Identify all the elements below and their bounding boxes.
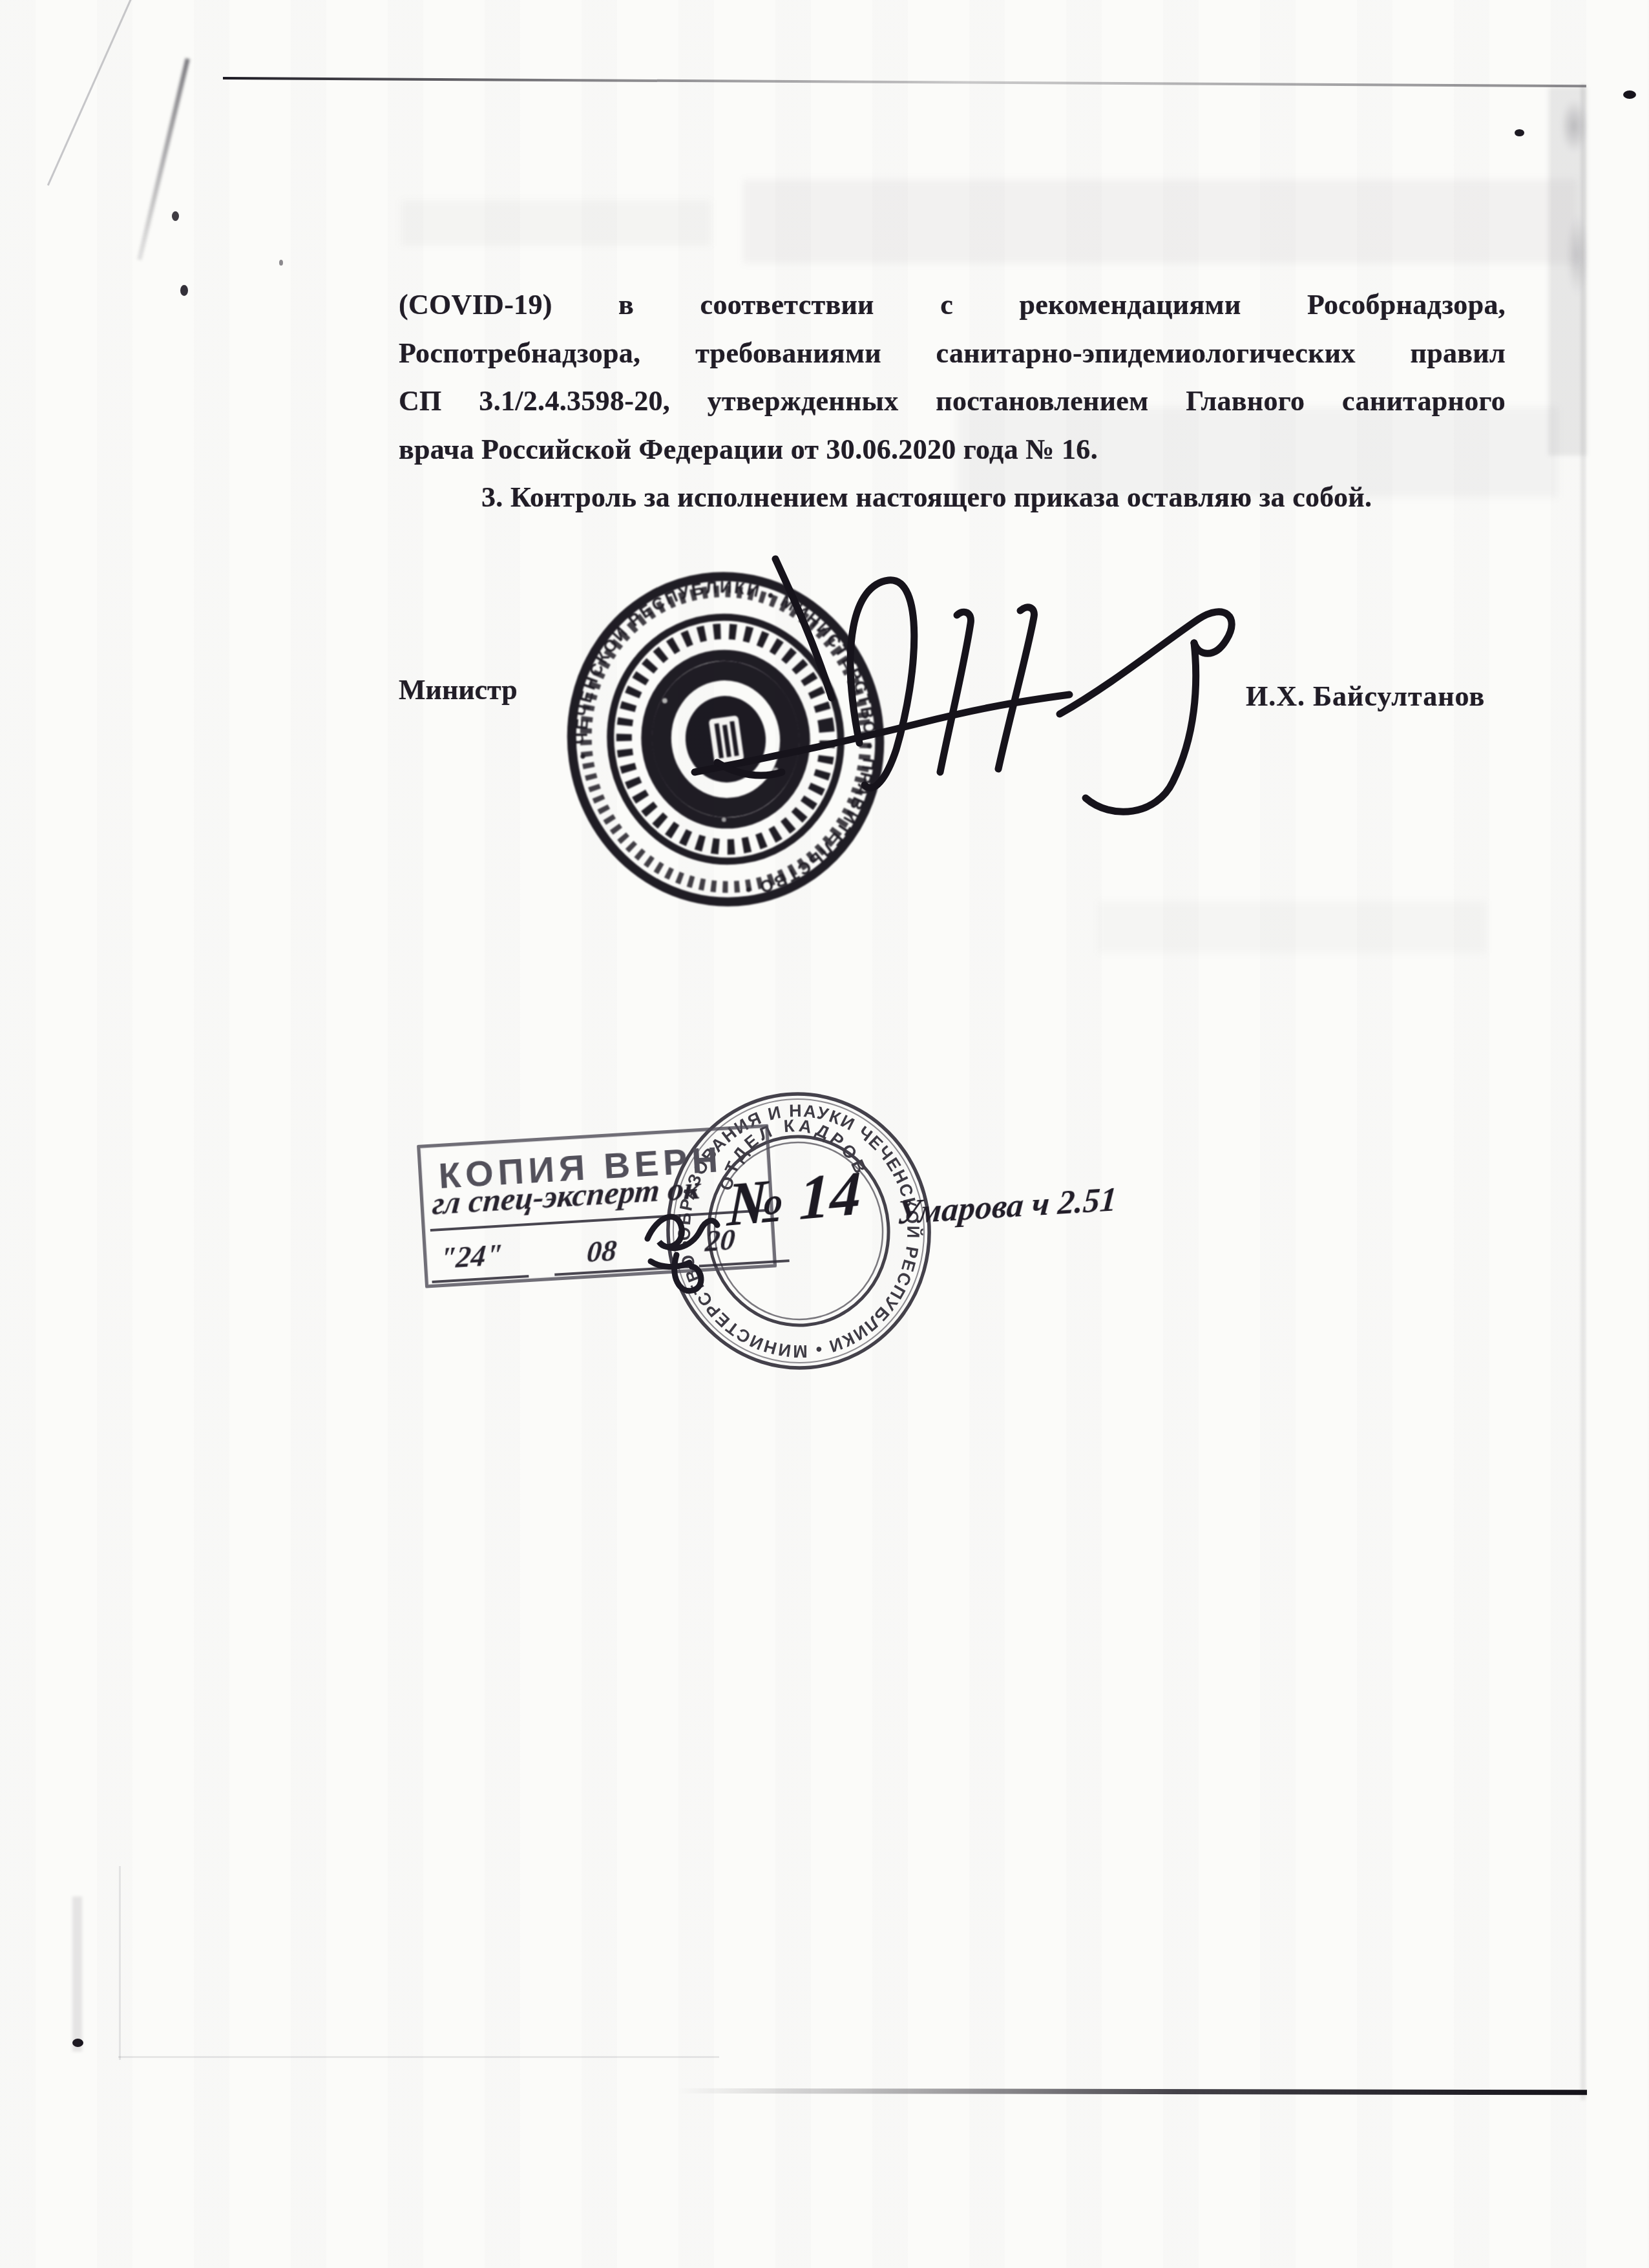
ink-speck: [72, 2039, 83, 2047]
paragraph-line: СП 3.1/2.4.3598-20, утвержденных постано…: [399, 377, 1506, 426]
corner-fold-shadow-artifact: [137, 58, 190, 260]
minister-signature: [646, 549, 1292, 846]
scan-smudge-band: [72, 1896, 82, 2052]
ink-speck: [279, 260, 283, 266]
ink-speck: [180, 285, 188, 296]
ghost-print-band: [743, 180, 1577, 264]
minister-role-label: Министр: [399, 673, 518, 706]
page-top-edge-artifact: [223, 77, 1586, 87]
date-month-handwriting: 08: [585, 1234, 618, 1270]
date-day-handwriting: "24": [438, 1237, 503, 1276]
paragraph-line: врача Российской Федерации от 30.06.2020…: [399, 426, 1506, 474]
order-paragraph: (COVID-19) в соответствии с рекомендация…: [399, 281, 1506, 522]
paragraph-line: (COVID-19) в соответствии с рекомендация…: [399, 281, 1506, 330]
page-right-edge-artifact: [1581, 84, 1586, 2100]
ink-speck: [172, 211, 179, 221]
page-left-edge-artifact: [119, 1866, 121, 2060]
ink-speck: [1515, 129, 1524, 136]
page-bottom-edge-artifact: [677, 2088, 1587, 2095]
corner-fold-edge-artifact: [47, 0, 133, 186]
ghost-print-band: [401, 200, 711, 246]
certifier-signature-scribble: [641, 1171, 770, 1313]
scanned-document-page: (COVID-19) в соответствии с рекомендация…: [0, 0, 1649, 2268]
date-underline: [432, 1275, 529, 1283]
scan-smudge-band: [1548, 87, 1587, 456]
ghost-print-band: [1098, 901, 1486, 953]
ink-speck: [1623, 90, 1636, 99]
control-clause-line: 3. Контроль за исполнением настоящего пр…: [399, 474, 1506, 522]
paragraph-line: Роспотребнадзора, требованиями санитарно…: [399, 330, 1506, 378]
page-bottom-edge-artifact: [118, 2056, 719, 2058]
